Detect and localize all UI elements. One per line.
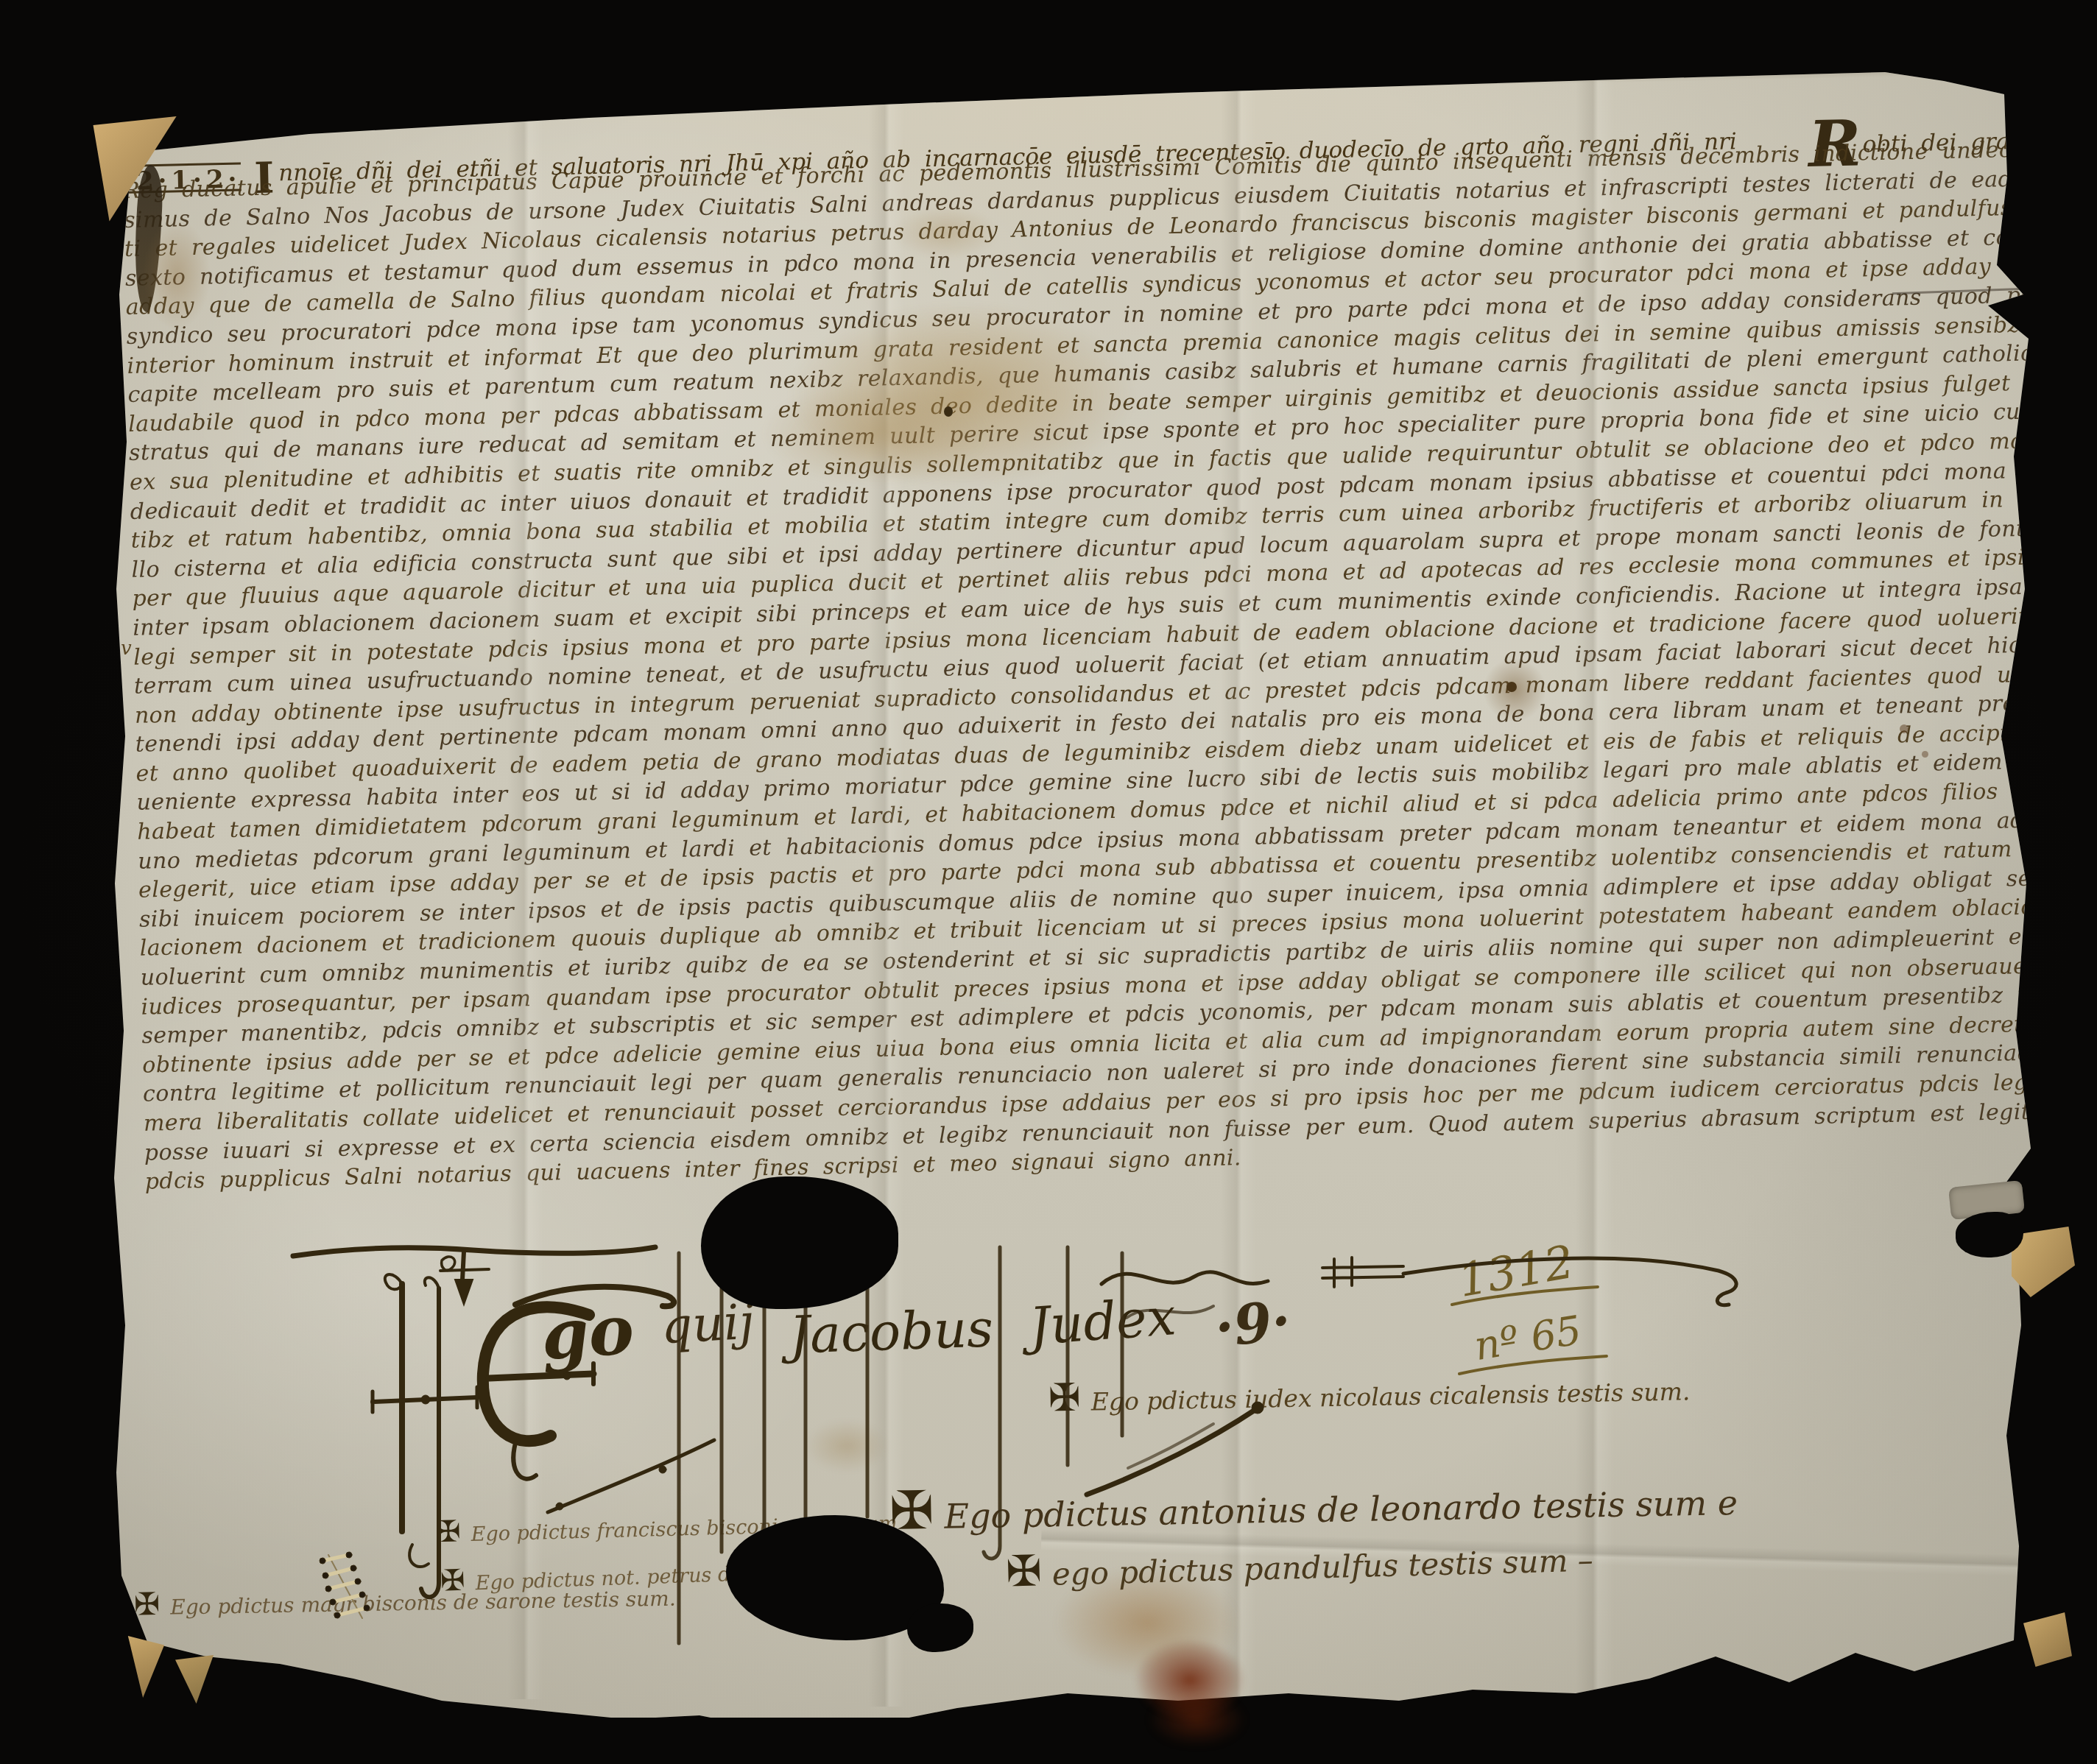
parchment-hole-right-edge (1956, 1212, 2023, 1257)
judge-signature-paraph: ·9· (1212, 1289, 1294, 1360)
edge-shading (87, 65, 2068, 1718)
bottom-left-tab (124, 1636, 166, 1698)
judge-signature-title: Judex (1027, 1286, 1177, 1357)
notarial-cross-icon: ✠ (436, 1514, 462, 1549)
notarial-cross-icon: ✠ (1048, 1376, 1082, 1421)
witness-text: Ego pdictus antonius de leonardo testis … (944, 1483, 1738, 1537)
judge-signature-ego: go (538, 1290, 636, 1376)
photo-backdrop: ·2·1·2·Innoīe dñi dei etñi et saluatoris… (0, 0, 2097, 1764)
witness-text: Ego pdictus iudex nicolaus cicalensis te… (1090, 1377, 1690, 1416)
bottom-right-tab (2023, 1612, 2072, 1667)
judge-signature-qui: quij (660, 1294, 755, 1355)
maroon-glow-on-background (1149, 1693, 1246, 1746)
notarial-cross-icon: ✠ (1005, 1545, 1042, 1596)
notarial-cross-icon: ✠ (134, 1586, 161, 1623)
parchment-sheet: ·2·1·2·Innoīe dñi dei etñi et saluatoris… (87, 65, 2068, 1718)
bottom-left-tab (175, 1655, 214, 1704)
judge-signature-name: Jacobus (789, 1298, 995, 1366)
